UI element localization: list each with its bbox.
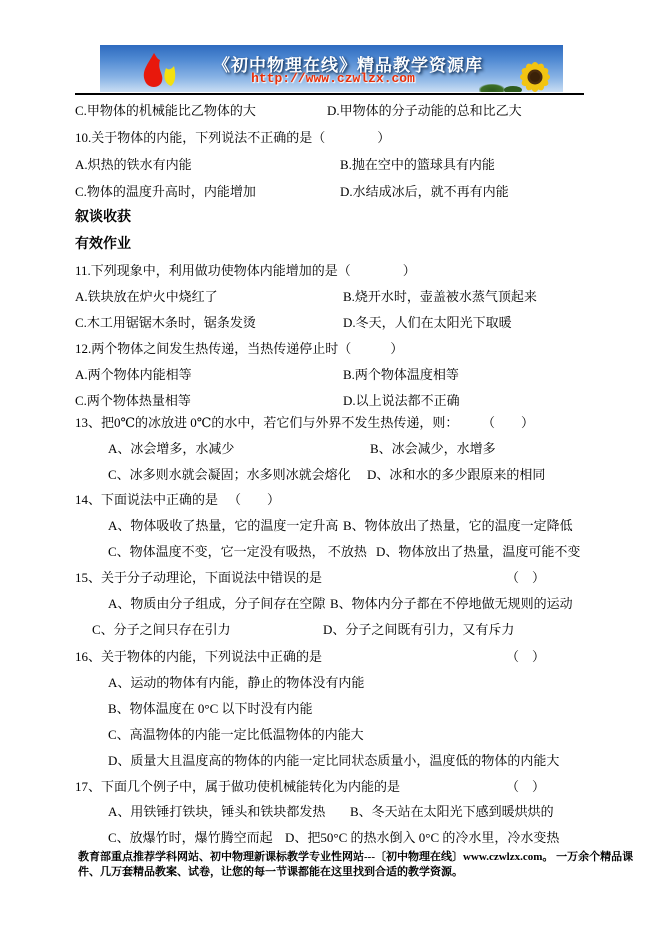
doc-line: 17、下面几个例子中，属于做功使机械能转化为内能的是（ ） <box>0 778 661 797</box>
doc-text-segment: D、分子之间既有引力，又有斥力 <box>323 621 514 638</box>
doc-text-segment: D.以上说法都不正确 <box>343 392 460 409</box>
doc-line: 15、关于分子动理论，下面说法中错误的是（ ） <box>0 569 661 588</box>
doc-text-segment: C、放爆竹时，爆竹腾空而起 <box>108 829 273 846</box>
doc-text-segment: 15、关于分子动理论，下面说法中错误的是 <box>75 569 322 586</box>
doc-text-segment: B、冬天站在太阳光下感到暖烘烘的 <box>350 803 554 820</box>
doc-text-segment: C.木工用锯锯木条时，锯条发烫 <box>75 314 256 331</box>
doc-line: 13、把0℃的冰放进 0℃的水中，若它们与外界不发生热传递，则：（ ） <box>0 414 661 433</box>
doc-line: C.两个物体热量相等D.以上说法都不正确 <box>0 392 661 411</box>
footer-note-line1: 教育部重点推荐学科网站、初中物理新课标教学专业性网站---〔初中物理在线〕www… <box>78 850 590 865</box>
doc-text-segment: 14、下面说法中正确的是 <box>75 491 218 508</box>
doc-line: A、运动的物体有内能，静止的物体没有内能 <box>0 674 661 693</box>
doc-text-segment: D、冰和水的多少跟原来的相同 <box>367 466 545 483</box>
doc-line: A、物体吸收了热量，它的温度一定升高B、物体放出了热量，它的温度一定降低 <box>0 517 661 536</box>
doc-text-segment: A、物质由分子组成，分子间存在空隙 <box>108 595 325 612</box>
doc-text-segment: D、把50°C 的热水倒入 0°C 的冷水里，冷水变热 <box>285 829 559 846</box>
doc-text-segment: 12.两个物体之间发生热传递，当热传递停止时（ ） <box>75 340 403 357</box>
doc-text-segment: B、物体放出了热量，它的温度一定降低 <box>343 517 573 534</box>
doc-text-segment: 叙谈收获 <box>75 209 131 226</box>
doc-line: A.两个物体内能相等B.两个物体温度相等 <box>0 366 661 385</box>
doc-text-segment: A、运动的物体有内能，静止的物体没有内能 <box>108 674 364 691</box>
doc-line: 有效作业 <box>0 236 661 255</box>
banner-url: http://www.czwlzx.com <box>238 71 428 86</box>
doc-text-segment: D、物体放出了热量，温度可能不变 <box>376 543 580 560</box>
doc-text-segment: 10.关于物体的内能，下列说法不正确的是（ ） <box>75 129 390 146</box>
sunflower-image <box>499 57 561 92</box>
doc-text-segment: D.甲物体的分子动能的总和比乙大 <box>327 102 522 119</box>
doc-line: 10.关于物体的内能，下列说法不正确的是（ ） <box>0 129 661 148</box>
doc-text-segment: A.铁块放在炉火中烧红了 <box>75 288 218 305</box>
doc-line: C.物体的温度升高时，内能增加D.水结成冰后，就不再有内能 <box>0 183 661 202</box>
doc-line: C、放爆竹时，爆竹腾空而起D、把50°C 的热水倒入 0°C 的冷水里，冷水变热 <box>0 829 661 848</box>
doc-line: A、物质由分子组成，分子间存在空隙B、物体内分子都在不停地做无规则的运动 <box>0 595 661 614</box>
doc-text-segment: C、冰多则水就会凝固；水多则冰就会熔化 <box>108 466 351 483</box>
doc-text-segment: C.两个物体热量相等 <box>75 392 191 409</box>
doc-text-segment: 11.下列现象中，利用做功使物体内能增加的是（ ） <box>75 262 416 279</box>
doc-line: 叙谈收获 <box>0 209 661 228</box>
doc-text-segment: A、物体吸收了热量，它的温度一定升高 <box>108 517 338 534</box>
doc-line: C、冰多则水就会凝固；水多则冰就会熔化D、冰和水的多少跟原来的相同 <box>0 466 661 485</box>
doc-text-segment: （ ） <box>506 648 545 665</box>
doc-text-segment: B.烧开水时，壶盖被水蒸气顶起来 <box>343 288 537 305</box>
doc-line: C.木工用锯锯木条时，锯条发烫D.冬天，人们在太阳光下取暖 <box>0 314 661 333</box>
doc-text-segment: C.甲物体的机械能比乙物体的大 <box>75 102 256 119</box>
doc-text-segment: A、冰会增多，水减少 <box>108 440 234 457</box>
doc-text-segment: A、用铁锤打铁块，锤头和铁块都发热 <box>108 803 325 820</box>
doc-text-segment: B、物体温度在 0°C 以下时没有内能 <box>108 700 313 717</box>
doc-line: A、用铁锤打铁块，锤头和铁块都发热B、冬天站在太阳光下感到暖烘烘的 <box>0 803 661 822</box>
doc-line: D、质量大且温度高的物体的内能一定比同状态质量小，温度低的物体的内能大 <box>0 752 661 771</box>
doc-line: 16、关于物体的内能，下列说法中正确的是（ ） <box>0 648 661 667</box>
doc-text-segment: B.两个物体温度相等 <box>343 366 459 383</box>
doc-text-segment: C、物体温度不变，它一定没有吸热， 不放热 <box>108 543 367 560</box>
doc-text-segment: B、冰会减少，水增多 <box>370 440 496 457</box>
doc-text-segment: 有效作业 <box>75 236 131 253</box>
doc-text-segment: （ ） <box>506 778 545 795</box>
doc-line: B、物体温度在 0°C 以下时没有内能 <box>0 700 661 719</box>
doc-line: C.甲物体的机械能比乙物体的大D.甲物体的分子动能的总和比乙大 <box>0 102 661 121</box>
doc-line: C、分子之间只存在引力D、分子之间既有引力，又有斥力 <box>0 621 661 640</box>
doc-line: A.炽热的铁水有内能B.抛在空中的篮球具有内能 <box>0 156 661 175</box>
doc-text-segment: A.两个物体内能相等 <box>75 366 192 383</box>
doc-line: 12.两个物体之间发生热传递，当热传递停止时（ ） <box>0 340 661 359</box>
doc-text-segment: （ ） <box>228 491 280 508</box>
doc-line: C、高温物体的内能一定比低温物体的内能大 <box>0 726 661 745</box>
doc-line: A.铁块放在炉火中烧红了B.烧开水时，壶盖被水蒸气顶起来 <box>0 288 661 307</box>
doc-text-segment: 17、下面几个例子中，属于做功使机械能转化为内能的是 <box>75 778 400 795</box>
doc-text-segment: D.水结成冰后，就不再有内能 <box>340 183 509 200</box>
doc-text-segment: B、物体内分子都在不停地做无规则的运动 <box>330 595 573 612</box>
doc-line: C、物体温度不变，它一定没有吸热， 不放热D、物体放出了热量，温度可能不变 <box>0 543 661 562</box>
doc-line: 14、下面说法中正确的是（ ） <box>0 491 661 510</box>
doc-line: A、冰会增多，水减少B、冰会减少，水增多 <box>0 440 661 459</box>
doc-text-segment: C.物体的温度升高时，内能增加 <box>75 183 256 200</box>
doc-text-segment: A.炽热的铁水有内能 <box>75 156 192 173</box>
doc-text-segment: 13、把0℃的冰放进 0℃的水中，若它们与外界不发生热传递，则： <box>75 414 458 431</box>
header-divider <box>75 93 584 95</box>
page-footer: 教育部重点推荐学科网站、初中物理新课标教学专业性网站---〔初中物理在线〕www… <box>78 850 590 880</box>
doc-text-segment: B.抛在空中的篮球具有内能 <box>340 156 495 173</box>
flame-logo-icon <box>133 51 183 92</box>
doc-line: 11.下列现象中，利用做功使物体内能增加的是（ ） <box>0 262 661 281</box>
doc-text-segment: （ ） <box>506 569 545 586</box>
doc-text-segment: 16、关于物体的内能，下列说法中正确的是 <box>75 648 322 665</box>
doc-text-segment: D.冬天，人们在太阳光下取暖 <box>343 314 512 331</box>
document-page: 《初中物理在线》精品教学资源库 http://www.czwlzx.com <box>0 0 661 936</box>
doc-text-segment: （ ） <box>482 414 534 431</box>
site-banner: 《初中物理在线》精品教学资源库 http://www.czwlzx.com <box>100 45 563 92</box>
footer-note-line2: 件、几万套精品教案、试卷，让您的每一节课都能在这里找到合适的教学资源。 <box>78 865 590 880</box>
doc-text-segment: C、高温物体的内能一定比低温物体的内能大 <box>108 726 364 743</box>
doc-text-segment: C、分子之间只存在引力 <box>92 621 231 638</box>
doc-text-segment: D、质量大且温度高的物体的内能一定比同状态质量小，温度低的物体的内能大 <box>108 752 559 769</box>
